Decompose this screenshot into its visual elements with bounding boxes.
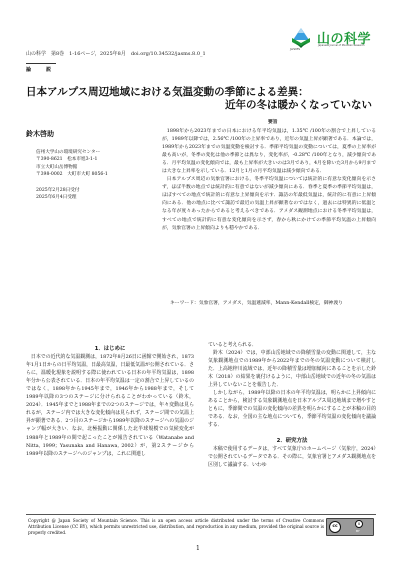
article-type-label: 論 説 [26,66,56,73]
logo-subtitle: JASMS [290,47,300,51]
received-accepted-dates: 2025年2月28日受付 2025年6月4日受理 [36,187,79,202]
affiliation-line: 〒398-0002 大町市大町 8056-1 [36,171,108,178]
affiliation-line: 信州大学山の環境研究センター [36,149,108,156]
affiliation-line: 〒390-8621 松本市旭3-1-1 [36,156,108,163]
journal-citation-line: 山の科学 第8巻 1-16ページ，2025年8月 doi.org/10.3453… [26,50,206,57]
abstract: 1898年から2023年までの日本における年平均気温は，1.35℃ /100年の… [162,128,376,233]
title-line-1: 日本アルプス周辺地域における気温変動の季節による差異： [26,86,386,99]
footer-rule [26,514,376,515]
copyright-notice: Copyright @ Japan Society of Mountain Sc… [28,518,324,536]
accepted-date: 2025年6月4日受理 [36,194,79,201]
section-rule [26,63,56,64]
article-title: 日本アルプス周辺地域における気温変動の季節による差異： 近年の冬は暖かくなってい… [26,86,386,112]
body-paragraph: 鈴木（2024）では，中部山岳地域での降積雪量の変動に関連して，主な気象観測地点… [208,349,376,389]
body-right-column: ていると考えられる． 鈴木（2024）では，中部山岳地域での降積雪量の変動に関連… [208,341,376,469]
abstract-heading: 要旨 [268,118,278,125]
body-left-column: 1．はじめに 日本での近代的な気温観測は，1872年8月26日に函館で開始され，… [26,345,194,458]
section-heading: 1．はじめに [26,345,194,353]
cc-by-license-badge[interactable]: cc i BY [326,518,374,536]
attribution-person-icon: i [355,520,363,528]
received-date: 2025年2月28日受付 [36,187,79,194]
section-heading: 2．研究方法 [208,437,376,445]
affiliation-line: 市立大町山岳博物館 [36,164,108,171]
page-number: 1 [196,545,200,552]
body-paragraph: 本稿で使用するデータは，すべて気象庁のホームページ（気象庁，2024）で公開され… [208,445,376,469]
title-line-2: 近年の冬は暖かくなっていない [26,99,386,112]
abstract-paragraph: 日本アルプス周辺の気象官署における，冬季平均気温については統計的に有意な変化傾向… [162,176,376,232]
mountain-logo-icon [290,27,312,49]
by-label: BY [356,529,360,533]
body-paragraph: 日本での近代的な気温観測は，1872年8月26日に函館で開始され，1873年1月… [26,353,194,458]
creative-commons-icon: cc [329,521,341,533]
journal-logo: JASMS 山の科学 Japanese Journal of Mountain … [290,27,390,55]
abstract-paragraph: 1898年から2023年までの日本における年平均気温は，1.35℃ /100年の… [162,128,376,176]
logo-tagline: Japanese Journal of Mountain Research [318,44,365,47]
body-paragraph: ていると考えられる． [208,341,376,349]
body-paragraph: しかしながら，1989年以降の日本の年平均気温は，明らかに上昇傾向にあることから… [208,389,376,429]
keywords: キーワード：気象官署，アメダス，気温遞減率，Mann-Kendall検定，御神渡… [170,300,370,308]
author-name: 鈴木啓助 [26,129,54,139]
affiliation-block: 信州大学山の環境研究センター 〒390-8621 松本市旭3-1-1 市立大町山… [36,149,108,179]
